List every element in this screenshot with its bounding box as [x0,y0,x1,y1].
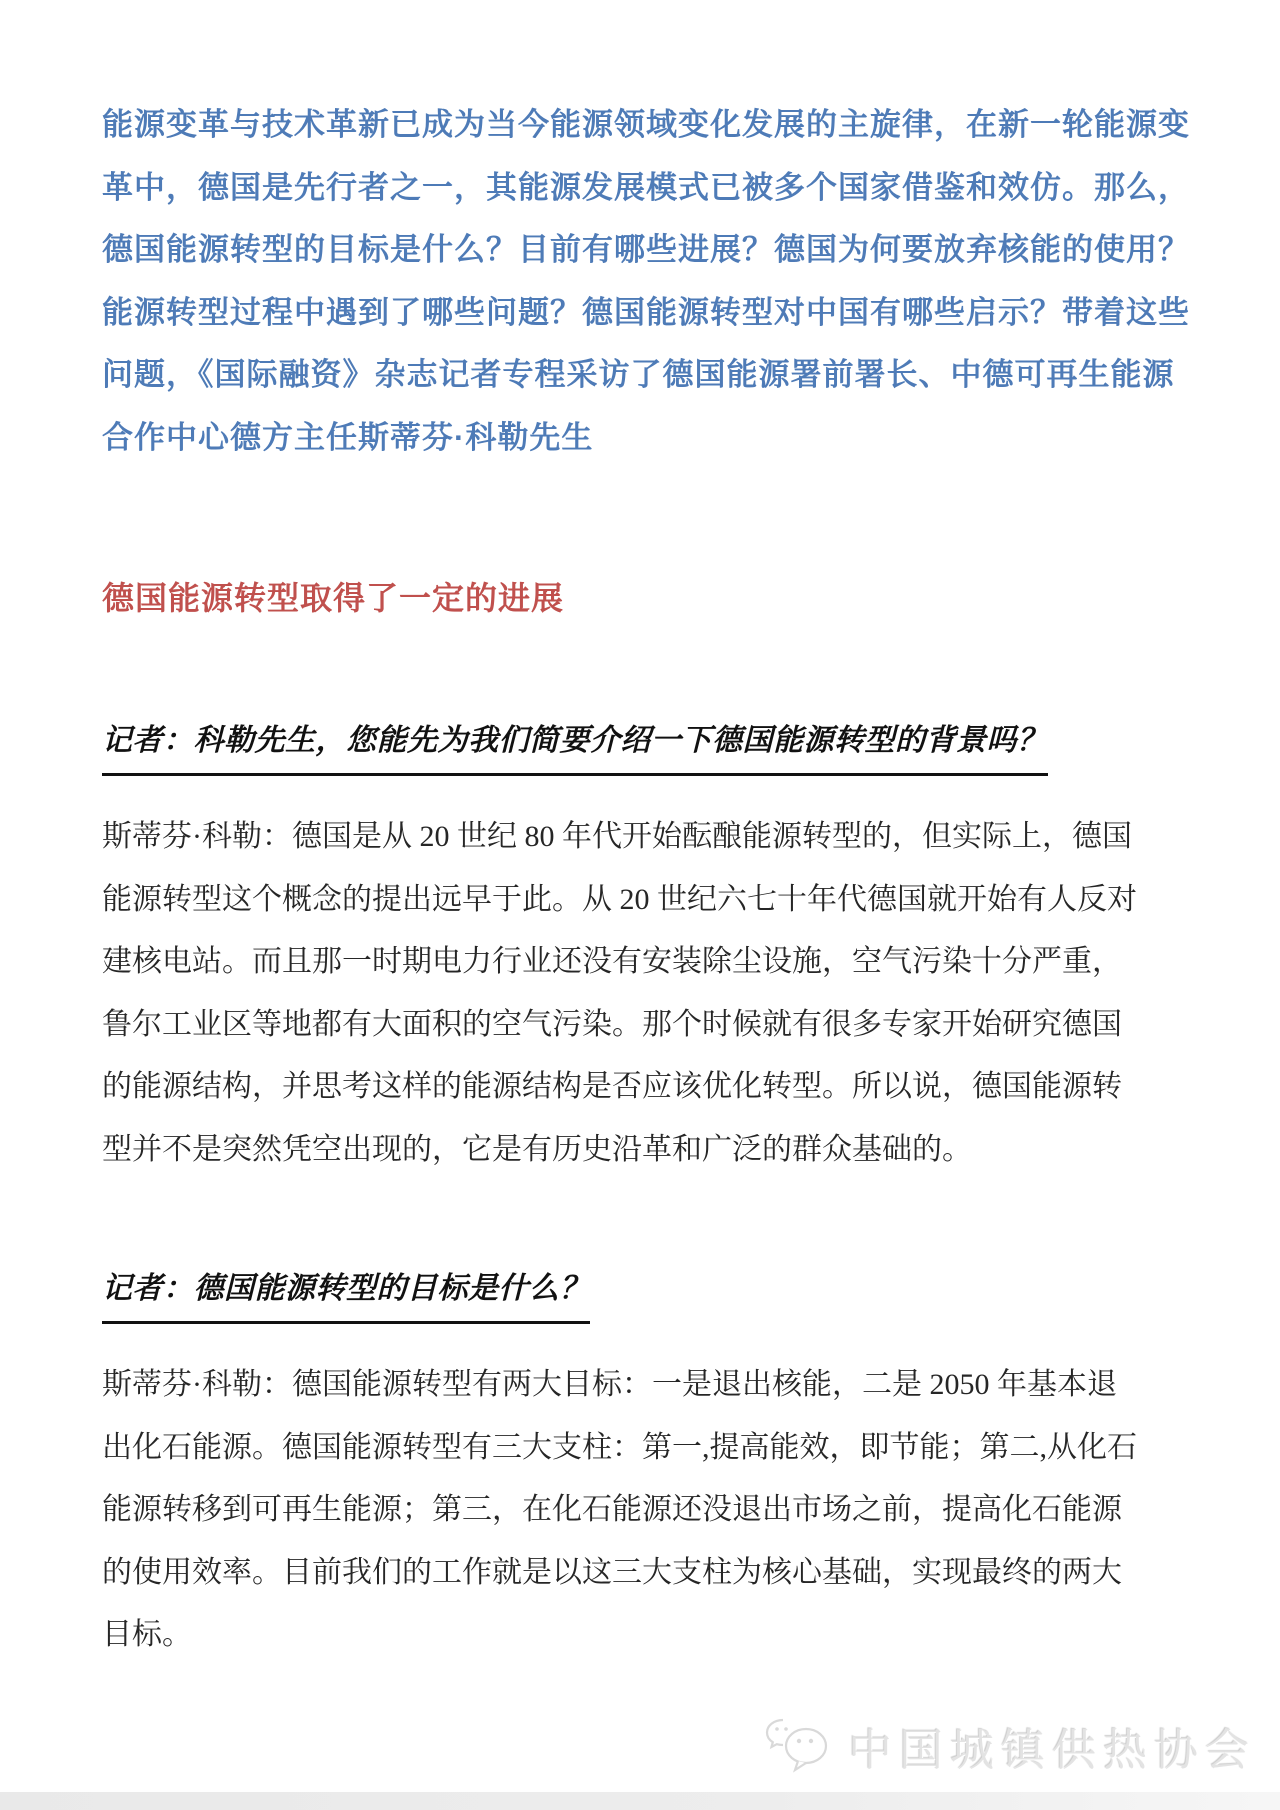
intro-line: 德国能源转型的目标是什么？目前有哪些进展？德国为何要放弃核能的使用？ [102,219,1210,282]
answer-line: 的使用效率。目前我们的工作就是以这三大支柱为核心基础，实现最终的两大 [102,1542,1210,1605]
answer-line: 型并不是突然凭空出现的，它是有历史沿革和广泛的群众基础的。 [102,1119,1210,1182]
intro-line: 合作中心德方主任斯蒂芬·科勒先生 [102,407,1210,470]
answer-line: 鲁尔工业区等地都有大面积的空气污染。那个时候就有很多专家开始研究德国 [102,994,1210,1057]
wechat-logo-icon [762,1716,834,1776]
answer-line: 目标。 [102,1604,1210,1667]
footer-watermark: 中国城镇供热协会 [762,1714,1256,1778]
interview-question-2-text: 记者：德国能源转型的目标是什么？ [102,1265,590,1324]
answer-line: 能源转型这个概念的提出远早于此。从 20 世纪六七十年代德国就开始有人反对 [102,869,1210,932]
answer-line: 的能源结构，并思考这样的能源结构是否应该优化转型。所以说，德国能源转 [102,1056,1210,1119]
answer-line: 能源转移到可再生能源；第三，在化石能源还没退出市场之前，提高化石能源 [102,1479,1210,1542]
answer-line: 斯蒂芬·科勒：德国是从 20 世纪 80 年代开始酝酿能源转型的，但实际上，德国 [102,806,1210,869]
answer-line: 出化石能源。德国能源转型有三大支柱：第一,提高能效，即节能；第二,从化石 [102,1417,1210,1480]
intro-line: 能源变革与技术革新已成为当今能源领域变化发展的主旋律，在新一轮能源变 [102,94,1210,157]
interview-question-1-text: 记者：科勒先生，您能先为我们简要介绍一下德国能源转型的背景吗？ [102,717,1048,776]
intro-line: 革中，德国是先行者之一，其能源发展模式已被多个国家借鉴和效仿。那么， [102,157,1210,220]
intro-line: 能源转型过程中遇到了哪些问题？德国能源转型对中国有哪些启示？带着这些 [102,282,1210,345]
interview-answer-1: 斯蒂芬·科勒：德国是从 20 世纪 80 年代开始酝酿能源转型的，但实际上，德国… [102,806,1210,1181]
answer-line: 斯蒂芬·科勒：德国能源转型有两大目标：一是退出核能，二是 2050 年基本退 [102,1354,1210,1417]
bottom-gray-bar [0,1792,1280,1810]
section-heading: 德国能源转型取得了一定的进展 [102,575,1210,621]
article-page: 能源变革与技术革新已成为当今能源领域变化发展的主旋律，在新一轮能源变 革中，德国… [0,0,1280,1810]
interview-answer-2: 斯蒂芬·科勒：德国能源转型有两大目标：一是退出核能，二是 2050 年基本退 出… [102,1354,1210,1667]
intro-line: 问题，《国际融资》杂志记者专程采访了德国能源署前署长、中德可再生能源 [102,344,1210,407]
article-content: 能源变革与技术革新已成为当今能源领域变化发展的主旋律，在新一轮能源变 革中，德国… [0,94,1280,1667]
interview-question-2: 记者：德国能源转型的目标是什么？ [102,1265,1210,1324]
footer-brand-text: 中国城镇供热协会 [848,1714,1256,1778]
answer-line: 建核电站。而且那一时期电力行业还没有安装除尘设施，空气污染十分严重， [102,931,1210,994]
interview-question-1: 记者：科勒先生，您能先为我们简要介绍一下德国能源转型的背景吗？ [102,717,1210,776]
intro-paragraph: 能源变革与技术革新已成为当今能源领域变化发展的主旋律，在新一轮能源变 革中，德国… [102,94,1210,469]
